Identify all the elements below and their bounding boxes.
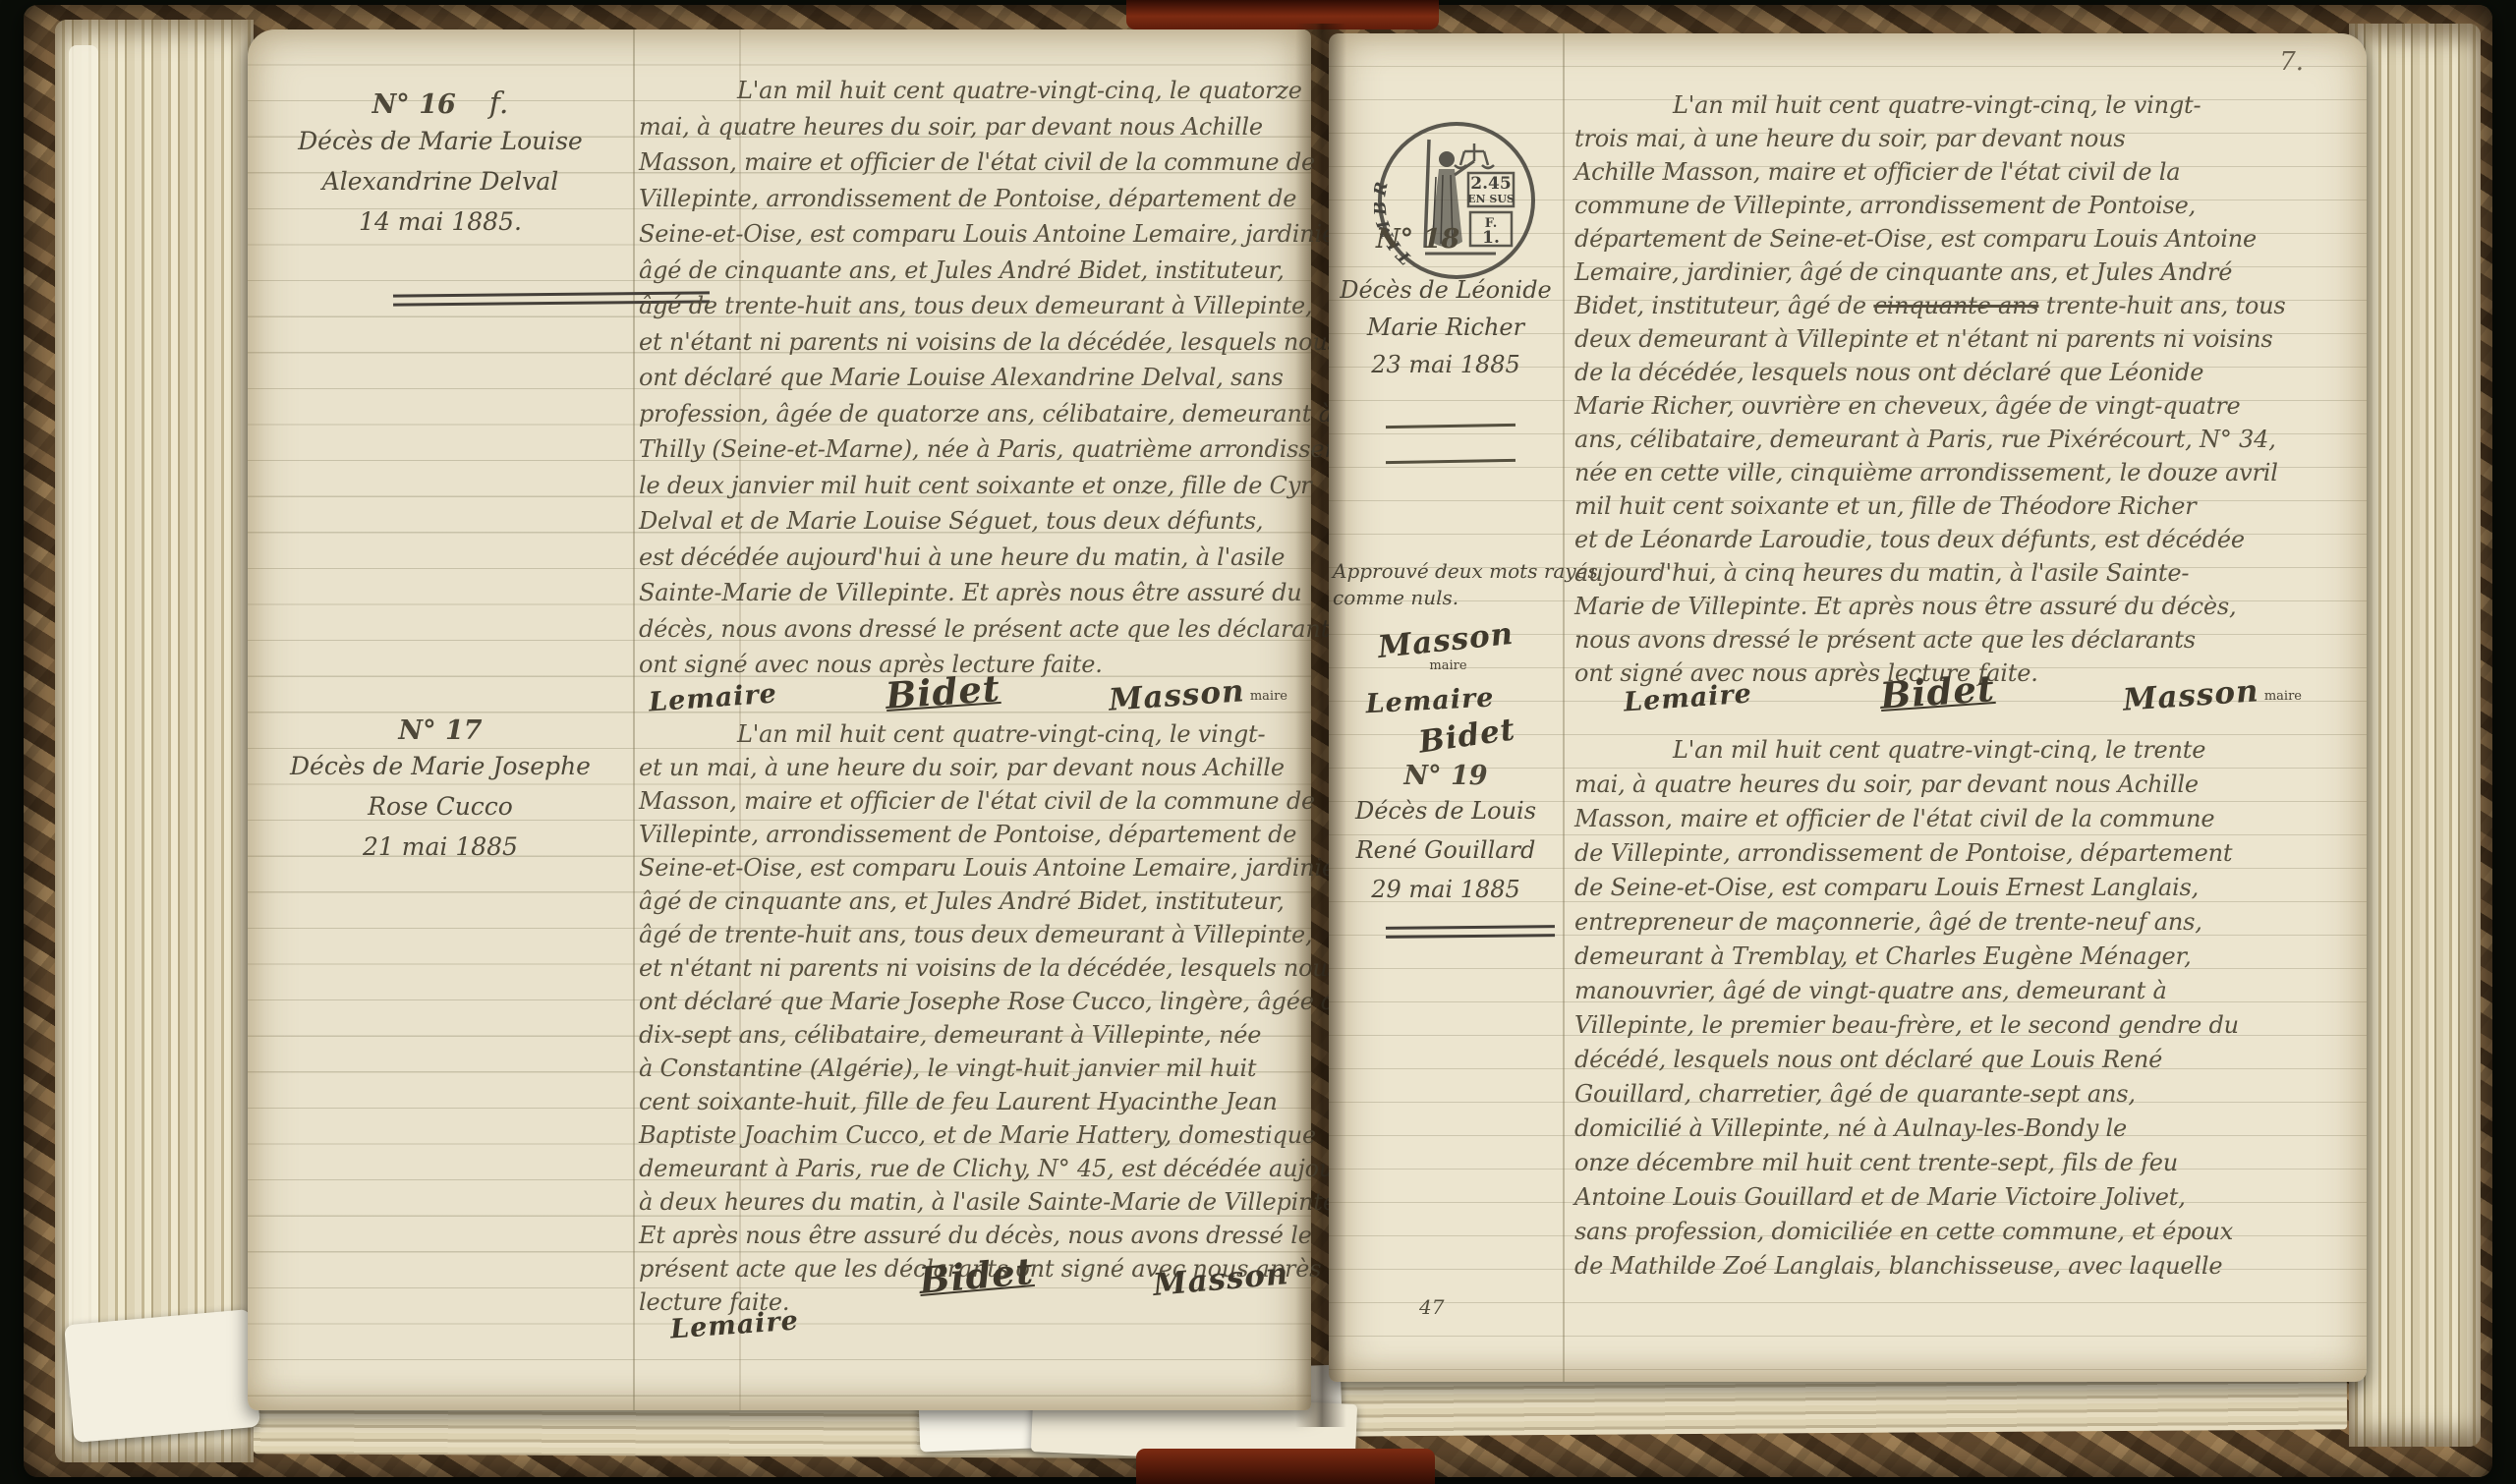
margin-dash-rule bbox=[1386, 459, 1515, 464]
margin-line: Décès de Léonide bbox=[1329, 271, 1563, 309]
record-line: de Mathilde Zoé Langlais, blanchisseuse,… bbox=[1574, 1249, 2341, 1284]
record-line: domicilié à Villepinte, né à Aulnay-les-… bbox=[1574, 1112, 2341, 1146]
record-16-margin: N° 16f. Décès de Marie LouiseAlexandrine… bbox=[256, 86, 625, 242]
record-line: L'an mil huit cent quatre-vingt-cinq, le… bbox=[1574, 88, 2341, 122]
record-number: N° 18 bbox=[1376, 224, 1459, 255]
justice-figure-head bbox=[1439, 151, 1455, 167]
signature-lemaire: Lemaire bbox=[648, 678, 778, 717]
record-line: aujourd'hui, à cinq heures du matin, à l… bbox=[1574, 556, 2341, 590]
record-line: nous avons dressé le présent acte que le… bbox=[1574, 623, 2341, 656]
signature-masson-group: Massonmaire bbox=[2123, 678, 2302, 713]
folio-page-number: 7. bbox=[2279, 47, 2304, 77]
record-line: Villepinte, arrondissement de Pontoise, … bbox=[639, 818, 1303, 851]
record-line: âgé de trente-huit ans, tous deux demeur… bbox=[639, 288, 1303, 324]
record-line: dix-sept ans, célibataire, demeurant à V… bbox=[639, 1018, 1303, 1052]
margin-title-lines: Décès de LouisRené Gouillard29 mai 1885 bbox=[1329, 791, 1563, 909]
signature-bidet: Bidet bbox=[1879, 666, 1997, 717]
record-line: née en cette ville, cinquième arrondisse… bbox=[1574, 456, 2341, 489]
record-line: département de Seine-et-Oise, est compar… bbox=[1574, 222, 2341, 256]
record-line: L'an mil huit cent quatre-vingt-cinq, le… bbox=[1574, 733, 2341, 768]
record-line: à Constantine (Algérie), le vingt-huit j… bbox=[639, 1052, 1303, 1085]
margin-title-lines: Décès de Marie LouiseAlexandrine Delval1… bbox=[256, 121, 625, 242]
record-line: Seine-et-Oise, est comparu Louis Antoine… bbox=[639, 851, 1303, 885]
record-line: de Seine-et-Oise, est comparu Louis Erne… bbox=[1574, 871, 2341, 905]
record-19-body: L'an mil huit cent quatre-vingt-cinq, le… bbox=[1574, 733, 2341, 1284]
margin-line: 21 mai 1885 bbox=[256, 827, 625, 867]
page-stack-left bbox=[55, 20, 254, 1462]
margin-header: N° 16f. bbox=[256, 86, 625, 121]
record-number: N° 17 bbox=[256, 715, 625, 746]
signature-masson: Masson bbox=[1108, 673, 1246, 718]
left-register-page: N° 16f. Décès de Marie LouiseAlexandrine… bbox=[248, 29, 1311, 1410]
record-line: Thilly (Seine-et-Marne), née à Paris, qu… bbox=[639, 431, 1303, 468]
record-line: ont déclaré que Marie Louise Alexandrine… bbox=[639, 360, 1303, 396]
note-line: Approuvé deux mots rayés bbox=[1333, 558, 1563, 585]
signature-masson-title: maire bbox=[2264, 689, 2302, 704]
record-line: L'an mil huit cent quatre-vingt-cinq, le… bbox=[639, 717, 1303, 751]
record-line: ont déclaré que Marie Josephe Rose Cucco… bbox=[639, 985, 1303, 1018]
record-number: N° 16 bbox=[372, 89, 456, 120]
record-line: Villepinte, arrondissement de Pontoise, … bbox=[639, 181, 1303, 217]
record-line: âgé de trente-huit ans, tous deux demeur… bbox=[639, 918, 1303, 951]
record-line: onze décembre mil huit cent trente-sept,… bbox=[1574, 1146, 2341, 1180]
record-line: Delval et de Marie Louise Séguet, tous d… bbox=[639, 503, 1303, 540]
margin-title-lines: Décès de Marie JosepheRose Cucco21 mai 1… bbox=[256, 746, 625, 867]
record-line: Masson, maire et officier de l'état civi… bbox=[639, 784, 1303, 818]
record-line: Villepinte, le premier beau-frère, et le… bbox=[1574, 1008, 2341, 1043]
book-spine-bottom bbox=[1136, 1449, 1435, 1484]
record-line: Seine-et-Oise, est comparu Louis Antoine… bbox=[639, 216, 1303, 253]
signature-masson-title: maire bbox=[1250, 689, 1287, 704]
record-line: Bidet, instituteur, âgé de cinquante ans… bbox=[1574, 289, 2341, 322]
record-line: âgé de cinquante ans, et Jules André Bid… bbox=[639, 885, 1303, 918]
margin-line: Marie Richer bbox=[1329, 309, 1563, 346]
record-line: Masson, maire et officier de l'état civi… bbox=[639, 144, 1303, 181]
signature-masson-group: Massonmaire bbox=[1109, 678, 1287, 713]
record-line: L'an mil huit cent quatre-vingt-cinq, le… bbox=[639, 73, 1303, 109]
margin-line: 14 mai 1885. bbox=[256, 201, 625, 242]
record-line: mil huit cent soixante et un, fille de T… bbox=[1574, 489, 2341, 523]
record-line: commune de Villepinte, arrondissement de… bbox=[1574, 189, 2341, 222]
record-line: Baptiste Joachim Cucco, et de Marie Hatt… bbox=[639, 1118, 1303, 1152]
margin-line: Décès de Marie Louise bbox=[256, 121, 625, 161]
signature-masson: Masson bbox=[2122, 673, 2260, 718]
signature-bidet: Bidet bbox=[885, 666, 1002, 717]
record-18-lines: L'an mil huit cent quatre-vingt-cinq, le… bbox=[1574, 88, 2341, 690]
margin-line: Alexandrine Delval bbox=[256, 161, 625, 201]
record-19-margin: N° 19 Décès de LouisRené Gouillard29 mai… bbox=[1329, 761, 1563, 909]
record-line: sans profession, domiciliée en cette com… bbox=[1574, 1215, 2341, 1249]
margin-rule-line bbox=[633, 29, 635, 1410]
record-line: le deux janvier mil huit cent soixante e… bbox=[639, 468, 1303, 504]
stamp-surcharge: EN SUS bbox=[1467, 193, 1515, 205]
record-line: Antoine Louis Gouillard et de Marie Vict… bbox=[1574, 1180, 2341, 1215]
record-17-signatures: Lemaire Bidet Masson bbox=[670, 1297, 1289, 1341]
sheet-number: 47 bbox=[1419, 1295, 1444, 1319]
record-line: Gouillard, charretier, âgé de quarante-s… bbox=[1574, 1077, 2341, 1112]
record-line: demeurant à Paris, rue de Clichy, N° 45,… bbox=[639, 1152, 1303, 1185]
record-line: ans, célibataire, demeurant à Paris, rue… bbox=[1574, 423, 2341, 456]
record-16-signatures: Lemaire Bidet Massonmaire bbox=[649, 670, 1287, 713]
record-line: profession, âgée de quatorze ans, céliba… bbox=[639, 396, 1303, 432]
record-19-lines: L'an mil huit cent quatre-vingt-cinq, le… bbox=[1574, 733, 2341, 1284]
margin-line: Décès de Marie Josephe bbox=[256, 746, 625, 786]
record-line: Masson, maire et officier de l'état civi… bbox=[1574, 802, 2341, 836]
record-line: Et après nous être assuré du décès, nous… bbox=[639, 1219, 1303, 1252]
record-separator-rule bbox=[1386, 925, 1555, 939]
record-line: Marie de Villepinte. Et après nous être … bbox=[1574, 590, 2341, 623]
record-line: est décédée aujourd'hui à une heure du m… bbox=[639, 540, 1303, 576]
margin-paraph-mark: f. bbox=[489, 86, 509, 121]
margin-dash-rule bbox=[1386, 424, 1515, 428]
record-number: N° 19 bbox=[1329, 761, 1563, 791]
record-line: mai, à quatre heures du soir, par devant… bbox=[1574, 768, 2341, 802]
signature-lemaire: Lemaire bbox=[1623, 678, 1753, 717]
margin-note-signatures: Massonmaire Lemaire Bidet bbox=[1329, 617, 1563, 757]
right-register-page: TIMBRE 2.45 EN SUS F. 1. N° 18 Décès de … bbox=[1329, 33, 2367, 1382]
record-16-body: L'an mil huit cent quatre-vingt-cinq, le… bbox=[639, 73, 1303, 683]
record-line: de la décédée, lesquels nous ont déclaré… bbox=[1574, 356, 2341, 389]
signature-masson-title: maire bbox=[1429, 658, 1466, 673]
note-line: comme nuls. bbox=[1333, 585, 1563, 611]
record-line: âgé de cinquante ans, et Jules André Bid… bbox=[639, 253, 1303, 289]
record-18-margin: Décès de LéonideMarie Richer23 mai 1885 bbox=[1329, 271, 1563, 383]
record-line: entrepreneur de maçonnerie, âgé de trent… bbox=[1574, 905, 2341, 940]
timbre-revenue-stamp: TIMBRE 2.45 EN SUS F. 1. bbox=[1374, 118, 1539, 283]
margin-line: Rose Cucco bbox=[256, 786, 625, 827]
record-line: décédé, lesquels nous ont déclaré que Lo… bbox=[1574, 1043, 2341, 1077]
margin-line: 29 mai 1885 bbox=[1329, 870, 1563, 909]
record-line: à deux heures du matin, à l'asile Sainte… bbox=[639, 1185, 1303, 1219]
record-18-signatures: Lemaire Bidet Massonmaire bbox=[1624, 670, 2302, 713]
record-line: et de Léonarde Laroudie, tous deux défun… bbox=[1574, 523, 2341, 556]
signature-masson-group: Massonmaire bbox=[1329, 623, 1563, 679]
record-18-body: L'an mil huit cent quatre-vingt-cinq, le… bbox=[1574, 88, 2341, 690]
record-line: et n'étant ni parents ni voisins de la d… bbox=[639, 951, 1303, 985]
record-17-margin: N° 17 Décès de Marie JosepheRose Cucco21… bbox=[256, 715, 625, 867]
record-line: et n'étant ni parents ni voisins de la d… bbox=[639, 324, 1303, 361]
margin-title-lines: Décès de LéonideMarie Richer23 mai 1885 bbox=[1329, 271, 1563, 383]
margin-line: Décès de Louis bbox=[1329, 791, 1563, 830]
record-line: Marie Richer, ouvrière en cheveux, âgée … bbox=[1574, 389, 2341, 423]
book-spine-top bbox=[1126, 0, 1439, 29]
record-line: manouvrier, âgé de vingt-quatre ans, dem… bbox=[1574, 974, 2341, 1008]
record-line: mai, à quatre heures du soir, par devant… bbox=[639, 109, 1303, 145]
record-line: Achille Masson, maire et officier de l'é… bbox=[1574, 155, 2341, 189]
page-edges-under-right bbox=[1335, 1374, 2347, 1436]
record-line: décès, nous avons dressé le présent acte… bbox=[639, 611, 1303, 648]
record-line: et un mai, à une heure du soir, par deva… bbox=[639, 751, 1303, 784]
record-line: Sainte-Marie de Villepinte. Et après nou… bbox=[639, 575, 1303, 611]
record-17-lines: L'an mil huit cent quatre-vingt-cinq, le… bbox=[639, 717, 1303, 1319]
record-line: Lemaire, jardinier, âgé de cinquante ans… bbox=[1574, 256, 2341, 289]
signature-lemaire: Lemaire bbox=[669, 1305, 800, 1344]
loose-sheet bbox=[64, 1309, 260, 1443]
margin-line: René Gouillard bbox=[1329, 830, 1563, 870]
record-16-lines: L'an mil huit cent quatre-vingt-cinq, le… bbox=[639, 73, 1303, 683]
record-17-body: L'an mil huit cent quatre-vingt-cinq, le… bbox=[639, 717, 1303, 1319]
record-line: demeurant à Tremblay, et Charles Eugène … bbox=[1574, 940, 2341, 974]
page-stack-right bbox=[2349, 24, 2481, 1447]
margin-line: 23 mai 1885 bbox=[1329, 346, 1563, 383]
record-line: deux demeurant à Villepinte et n'étant n… bbox=[1574, 322, 2341, 356]
margin-approval-note: Approuvé deux mots rayéscomme nuls. bbox=[1333, 558, 1563, 611]
record-line: trois mai, à une heure du soir, par deva… bbox=[1574, 122, 2341, 155]
stamp-value: 2.45 bbox=[1470, 174, 1511, 194]
record-18-margin-number: N° 18 bbox=[1329, 224, 1610, 255]
record-line: cent soixante-huit, fille de feu Laurent… bbox=[639, 1085, 1303, 1118]
record-line: de Villepinte, arrondissement de Pontois… bbox=[1574, 836, 2341, 871]
